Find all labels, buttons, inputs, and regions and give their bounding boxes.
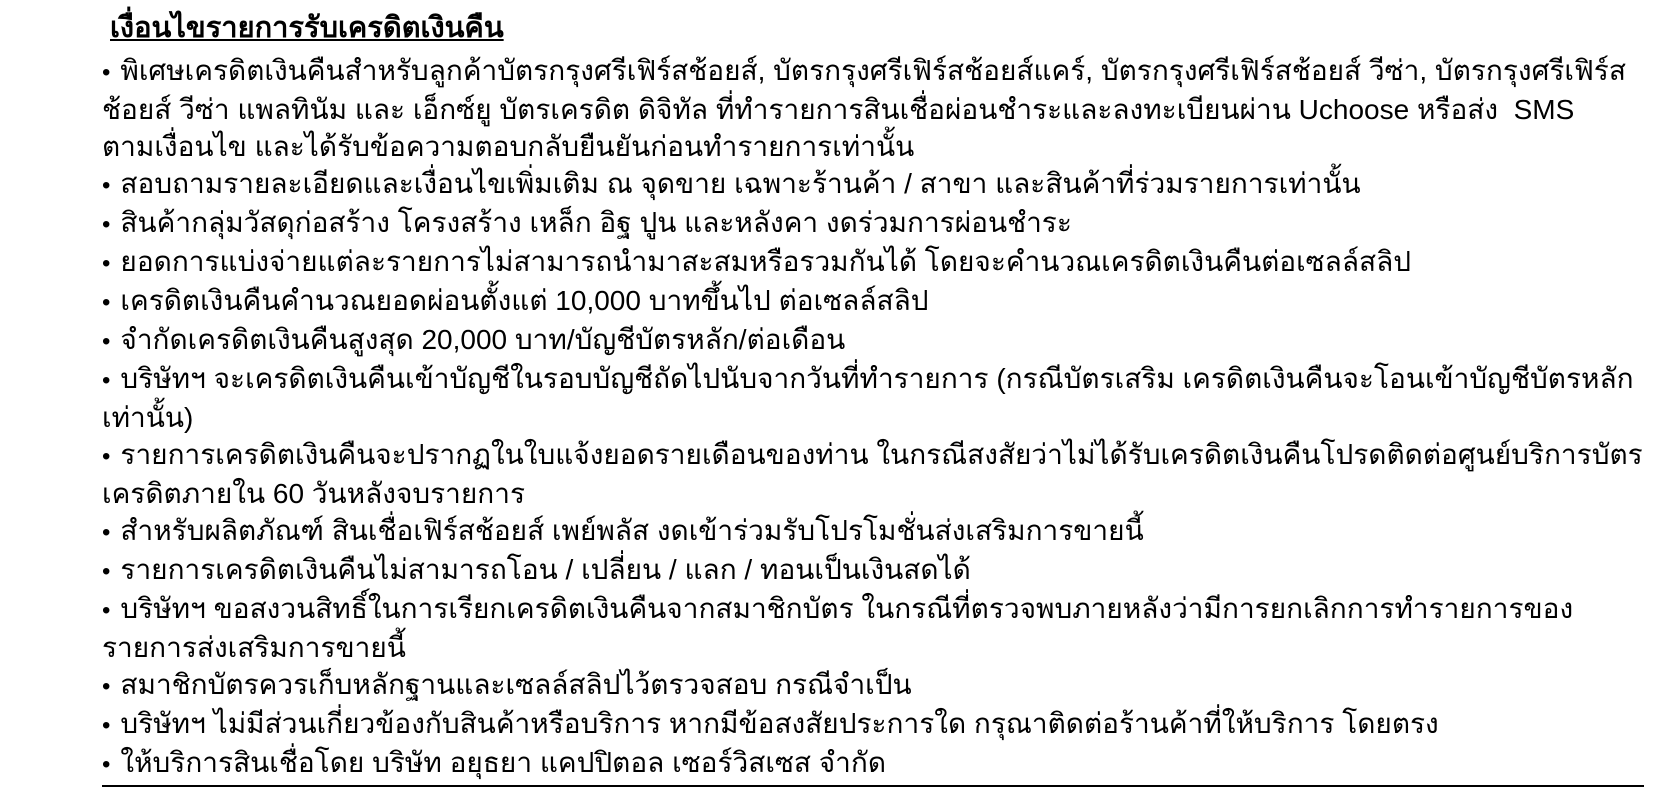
list-item-text: บริษัทฯ จะเครดิตเงินคืนเข้าบัญชีในรอบบัญ… (102, 363, 1634, 433)
list-item-text: รายการเครดิตเงินคืนจะปรากฏในใบแจ้งยอดราย… (102, 439, 1643, 509)
list-item-text: บริษัทฯ ไม่มีส่วนเกี่ยวข้องกับสินค้าหรือ… (120, 708, 1438, 739)
bullet-icon: • (102, 673, 110, 700)
list-item: •ให้บริการสินเชื่อโดย บริษัท อยุธยา แคปป… (102, 744, 1644, 783)
list-item-text: ให้บริการสินเชื่อโดย บริษัท อยุธยา แคปปิ… (120, 747, 886, 778)
list-item: •ยอดการแบ่งจ่ายแต่ละรายการไม่สามารถนำมาส… (102, 243, 1644, 282)
list-item: •พิเศษเครดิตเงินคืนสำหรับลูกค้าบัตรกรุงศ… (102, 52, 1644, 165)
list-item: •บริษัทฯ ขอสงวนสิทธิ์ในการเรียกเครดิตเงิ… (102, 590, 1644, 666)
list-item-text: บริษัทฯ ขอสงวนสิทธิ์ในการเรียกเครดิตเงิน… (102, 593, 1573, 663)
bullet-icon: • (102, 443, 110, 470)
bullet-icon: • (102, 367, 110, 394)
bullet-icon: • (102, 172, 110, 199)
list-item-text: สอบถามรายละเอียดและเงื่อนไขเพิ่มเติม ณ จ… (120, 168, 1360, 199)
bullet-icon: • (102, 289, 110, 316)
bullet-icon: • (102, 59, 110, 86)
list-item: •สมาชิกบัตรควรเก็บหลักฐานและเซลล์สลิปไว้… (102, 666, 1644, 705)
bullet-icon: • (102, 211, 110, 238)
bullet-icon: • (102, 751, 110, 778)
list-item-text: พิเศษเครดิตเงินคืนสำหรับลูกค้าบัตรกรุงศร… (102, 55, 1626, 162)
list-item: •จำกัดเครดิตเงินคืนสูงสุด 20,000 บาท/บัญ… (102, 321, 1644, 360)
list-item: •สอบถามรายละเอียดและเงื่อนไขเพิ่มเติม ณ … (102, 165, 1644, 204)
terms-document: เงื่อนไขรายการรับเครดิตเงินคืน •พิเศษเคร… (0, 0, 1654, 787)
list-item: •รายการเครดิตเงินคืนไม่สามารถโอน / เปลี่… (102, 551, 1644, 590)
page-title: เงื่อนไขรายการรับเครดิตเงินคืน (110, 6, 1644, 50)
list-item: •บริษัทฯ ไม่มีส่วนเกี่ยวข้องกับสินค้าหรื… (102, 705, 1644, 744)
bullet-icon: • (102, 250, 110, 277)
list-item-text: สำหรับผลิตภัณฑ์ สินเชื่อเฟิร์สช้อยส์ เพย… (120, 515, 1143, 546)
list-item: •บริษัทฯ จะเครดิตเงินคืนเข้าบัญชีในรอบบั… (102, 360, 1644, 436)
bullet-icon: • (102, 712, 110, 739)
bullet-icon: • (102, 597, 110, 624)
list-item-text: สมาชิกบัตรควรเก็บหลักฐานและเซลล์สลิปไว้ต… (120, 669, 911, 700)
bullet-icon: • (102, 328, 110, 355)
list-item-text: ยอดการแบ่งจ่ายแต่ละรายการไม่สามารถนำมาสะ… (120, 246, 1411, 277)
list-item-text: สินค้ากลุ่มวัสดุก่อสร้าง โครงสร้าง เหล็ก… (120, 207, 1071, 238)
list-item: •เครดิตเงินคืนคำนวณยอดผ่อนตั้งแต่ 10,000… (102, 282, 1644, 321)
list-item-text: จำกัดเครดิตเงินคืนสูงสุด 20,000 บาท/บัญช… (120, 324, 845, 355)
list-item: •รายการเครดิตเงินคืนจะปรากฏในใบแจ้งยอดรา… (102, 436, 1644, 512)
list-item: •สินค้ากลุ่มวัสดุก่อสร้าง โครงสร้าง เหล็… (102, 204, 1644, 243)
list-item: •สำหรับผลิตภัณฑ์ สินเชื่อเฟิร์สช้อยส์ เพ… (102, 512, 1644, 551)
list-item-text: รายการเครดิตเงินคืนไม่สามารถโอน / เปลี่ย… (120, 554, 970, 585)
bullet-icon: • (102, 519, 110, 546)
bullet-icon: • (102, 558, 110, 585)
list-item-text: เครดิตเงินคืนคำนวณยอดผ่อนตั้งแต่ 10,000 … (120, 285, 928, 316)
